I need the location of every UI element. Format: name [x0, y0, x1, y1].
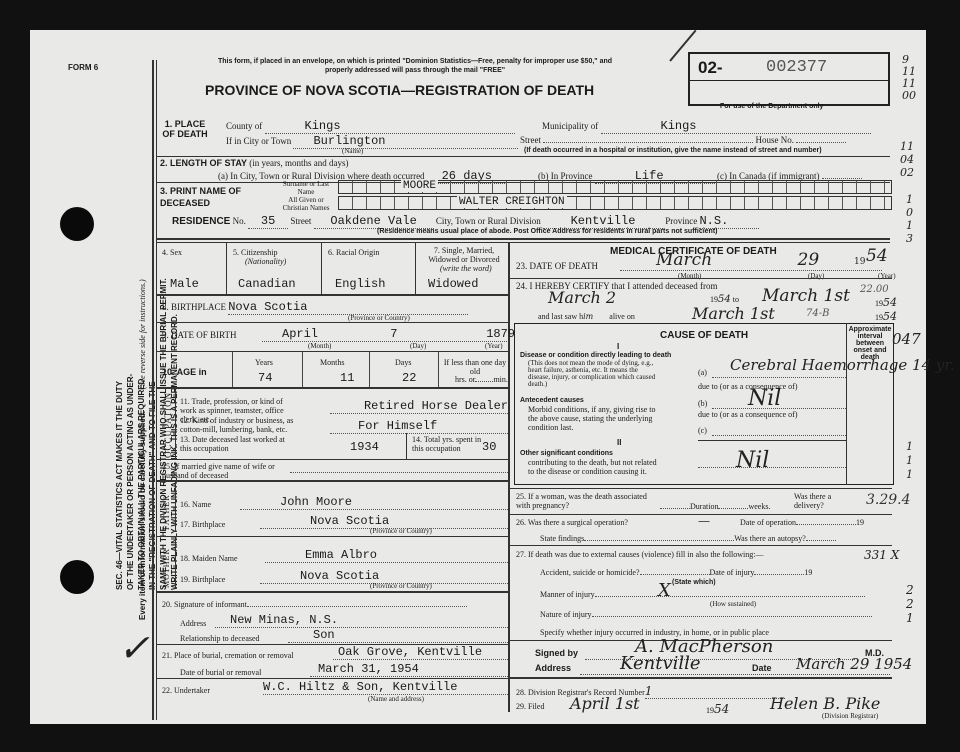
industry-label: 12. Kind of industry or business, as cot…: [180, 416, 295, 434]
divider: [157, 322, 509, 323]
county-field: County of Kings: [226, 119, 551, 134]
cause-a-value: Cerebral Haemorrhage 14 yr.: [730, 356, 955, 374]
racial-origin-label: 6. Racial Origin: [328, 248, 379, 257]
length-of-stay-label: 2. LENGTH OF STAY (in years, months and …: [160, 158, 349, 168]
margin-code: 047: [892, 330, 921, 348]
sex-label: 4. Sex: [162, 248, 182, 257]
mother-name-value: Emma Albro: [265, 548, 508, 563]
registration-prefix: 02-: [698, 58, 723, 78]
cause-of-death-heading: CAUSE OF DEATH: [660, 330, 748, 341]
record-number-field: 28. Division Registrar's Record Number1: [516, 684, 785, 699]
racial-origin-value: English: [335, 277, 385, 291]
nature-field: Nature of injury: [540, 610, 872, 619]
city-field: If in City or Town Burlington: [226, 134, 546, 149]
filed-date: April 1st: [570, 694, 640, 713]
divider: [157, 459, 509, 460]
time-note: 22.00: [860, 284, 889, 295]
death-day: 29: [798, 250, 820, 270]
mother-birthplace-label: 19. Birthplace: [180, 575, 225, 584]
mother-section-label: MOTHER: [162, 548, 171, 588]
hrs-min: hrs. ormin.: [455, 375, 508, 384]
due-to-label: due to (or as a consequence of): [698, 410, 798, 419]
day-sub: (Day): [410, 342, 426, 350]
form-number: FORM 6: [68, 63, 98, 72]
other-conditions-label: Other significant conditions: [520, 450, 613, 457]
part-two-label: II: [617, 438, 621, 447]
divider: [846, 323, 847, 485]
findings-field: State findingsWas there an autopsy?: [540, 534, 836, 543]
divider: [510, 278, 892, 279]
divider: [157, 678, 509, 679]
part-one-label: I: [617, 342, 619, 351]
delivery-label: Was there a delivery?: [794, 492, 854, 510]
birthplace-value: Nova Scotia: [228, 300, 468, 315]
attended-to: March 1st: [762, 286, 850, 306]
date-of-death-values: March 29 19 54: [620, 250, 882, 271]
father-birthplace-label: 17. Birthplace: [180, 520, 225, 529]
spouse-label: 15. If married give name of wife or husb…: [162, 462, 292, 480]
municipality-value: Kings: [601, 119, 871, 134]
undertaker-value: W.C. Hiltz & Son, Kentville: [263, 680, 508, 695]
county-value: Kings: [265, 119, 515, 134]
certify-label: 24. I HEREBY CERTIFY that I attended dec…: [516, 281, 718, 291]
physician-address: Kentville: [620, 653, 701, 674]
accident-field: Accident, suicide or homicide?Date of in…: [540, 568, 812, 577]
delivery-note: 3.29.4: [866, 492, 911, 508]
cause-c-value: [712, 434, 846, 436]
divider: [510, 545, 892, 546]
page-title: PROVINCE OF NOVA SCOTIA—REGISTRATION OF …: [205, 82, 594, 98]
attended-from: March 2: [548, 288, 616, 307]
antecedent-label: Antecedent causes: [520, 397, 584, 404]
days-label: Days: [395, 358, 411, 367]
less-than-day-label: If less than one day old: [442, 358, 508, 376]
industry-value: For Himself: [330, 419, 508, 434]
disease-label: Disease or condition directly leading to…: [520, 352, 671, 359]
citizenship-value: Canadian: [238, 277, 296, 291]
pregnancy-label: 25. If a woman, was the death associated…: [516, 492, 656, 510]
last-saw-value: March 1st: [692, 304, 775, 323]
birthplace-field: 8. BIRTHPLACE Nova Scotia: [162, 300, 468, 315]
father-section-label: FATHER: [162, 494, 171, 530]
registration-number-box: 02- 002377: [688, 52, 890, 106]
divider: [157, 294, 509, 296]
age-days: 22: [402, 371, 416, 385]
filed-year: 1954: [706, 702, 729, 716]
undertaker-sub: (Name and address): [368, 695, 424, 703]
birthplace-sub: (Province or Country): [348, 314, 410, 322]
informant-address-label: Address: [180, 619, 206, 628]
citizenship-label: 5. Citizenship: [233, 248, 277, 257]
operation-date-field: Date of operation19: [740, 518, 864, 527]
month-sub: (Month): [308, 342, 331, 350]
registration-number: 002377: [766, 58, 827, 77]
divider: [157, 480, 509, 482]
death-registration-form: ✓ SEC. 46—VITAL STATISTICS ACT MAKES IT …: [30, 30, 926, 724]
certificate-date: March 29 1954: [796, 655, 912, 673]
mother-birthplace-sub: (Province or Country): [370, 582, 432, 590]
divider: [157, 156, 890, 157]
other-conditions-value: Nil: [736, 448, 769, 473]
last-saw-label: and last saw him alive on: [538, 312, 635, 321]
divider: [157, 387, 509, 389]
surname-value: MOORE: [401, 180, 438, 192]
manner-value: X: [658, 580, 671, 601]
trade-value: Retired Horse Dealer: [330, 399, 508, 414]
spouse-value: [290, 471, 508, 473]
age-label: 10. AGE in: [162, 367, 207, 377]
months-label: Months: [320, 358, 344, 367]
undertaker-label: 22. Undertaker: [162, 686, 210, 695]
margin-codes: 9 11 11 00: [902, 54, 922, 102]
total-years-value: 30: [482, 440, 496, 454]
divider: [321, 242, 322, 294]
age-years: 74: [258, 371, 272, 385]
how-sustained-note: (How sustained): [710, 600, 756, 608]
age-months: 11: [340, 371, 354, 385]
external-causes-label: 27. If death was due to external causes …: [516, 550, 763, 559]
citizenship-sub: (Nationality): [245, 257, 286, 266]
surname-boxes: MOORE: [338, 180, 892, 194]
manner-field: Manner of injury: [540, 590, 865, 599]
margin-codes: 1 0 1 3: [906, 193, 926, 245]
burial-date-value: March 31, 1954: [310, 662, 508, 677]
death-year: 54: [866, 246, 888, 266]
given-name-label: All Given or Christian Names: [276, 196, 336, 212]
father-name-value: John Moore: [240, 495, 508, 510]
mother-name-label: 18. Maiden Name: [180, 554, 238, 563]
father-birthplace-sub: (Province or Country): [370, 527, 432, 535]
cause-c-label: (c): [698, 426, 707, 435]
total-years-label: 14. Total yrs. spent in this occupation: [412, 435, 482, 453]
burial-place-label: 21. Place of burial, cremation or remova…: [162, 651, 294, 660]
time-note: 74-B: [806, 308, 829, 319]
divider: [415, 242, 416, 294]
department-note: For use of the Department only: [720, 103, 823, 110]
divider: [175, 482, 176, 532]
physician-address-label: Address: [535, 663, 571, 673]
divider: [406, 433, 407, 459]
punch-hole: [60, 207, 94, 241]
registrar-signature: Helen B. Pike: [770, 694, 880, 713]
sex-value: Male: [170, 277, 199, 291]
margin-codes: 1 1 1: [906, 440, 913, 482]
marital-value: Widowed: [428, 277, 478, 291]
residence-province: N.S.: [699, 214, 759, 229]
residence-street: Oakdene Vale: [314, 214, 434, 229]
given-name-boxes: WALTER CREIGHTON: [338, 196, 892, 210]
dob-year: 1879: [486, 327, 515, 341]
divider: [157, 242, 890, 243]
mailing-notice: This form, if placed in an envelope, on …: [210, 57, 620, 75]
dob-field: 9. DATE OF BIRTH: [162, 330, 236, 340]
given-name-value: WALTER CREIGHTON: [457, 196, 567, 208]
signed-by-label: Signed by: [535, 648, 578, 658]
divider: [157, 536, 509, 537]
informant-signature-field: 20. Signature of informant: [162, 600, 467, 609]
antecedent-note: Morbid conditions, if any, giving rise t…: [528, 405, 656, 432]
last-worked-label: 13. Date deceased last worked at this oc…: [180, 435, 290, 453]
residence-field: RESIDENCE No. 35 Street Oakdene Vale Cit…: [172, 214, 892, 229]
city-sub: (Name): [342, 147, 363, 155]
date-of-death-label: 23. DATE OF DEATH: [516, 261, 598, 271]
certificate-date-label: Date: [752, 663, 772, 673]
place-of-death-label: 1. PLACE OF DEATH: [160, 119, 210, 139]
cause-a-label: (a): [698, 368, 707, 377]
side-footer: Every item of information should be care…: [138, 200, 147, 620]
city-value: Burlington: [293, 134, 518, 149]
divider: [157, 591, 509, 593]
relationship-value: Son: [288, 628, 508, 643]
duration-field: Durationweeks.: [660, 502, 770, 511]
last-saw-year: 1954: [875, 310, 897, 323]
margin-codes: 2 2 1: [906, 583, 914, 625]
divider: [175, 537, 176, 587]
residence-city: Kentville: [543, 214, 663, 229]
informant-address-value: New Minas, N.S.: [215, 613, 508, 628]
years-label: Years: [255, 358, 273, 367]
divider: [175, 389, 176, 459]
marital-label: 7. Single, Married, Widowed or Divorced: [420, 246, 508, 264]
state-which-note: (State which): [672, 579, 716, 586]
divider: [226, 242, 227, 294]
registrar-sub: (Division Registrar): [822, 712, 878, 720]
margin-code: 331 X: [864, 548, 899, 562]
divider: [510, 488, 892, 489]
column-divider: [508, 242, 510, 712]
form-border: [152, 60, 154, 720]
last-worked-value: 1934: [350, 440, 379, 454]
marital-sub: (write the word): [440, 264, 492, 273]
check-mark-icon: ✓: [118, 626, 150, 670]
divider: [157, 238, 890, 240]
burial-date-label: Date of burial or removal: [180, 668, 261, 677]
year-sub: (Year): [485, 342, 503, 350]
dob-month: April: [282, 327, 318, 341]
cause-b-label: (b): [698, 399, 707, 408]
dob-day: 7: [390, 327, 397, 341]
filed-label: 29. Filed: [516, 702, 544, 711]
surgical-value: —: [698, 514, 710, 528]
street-field: Street House No.: [520, 135, 890, 145]
divider: [510, 677, 892, 679]
divider: [698, 440, 846, 441]
burial-place-value: Oak Grove, Kentville: [333, 645, 508, 660]
municipality-field: Municipality of Kings: [542, 119, 892, 134]
relationship-label: Relationship to deceased: [180, 634, 260, 643]
print-name-label: 3. PRINT NAME OF DECEASED: [160, 185, 248, 209]
residence-note: (Residence means usual place of abode. P…: [377, 228, 718, 235]
margin-codes: 11 04 02: [900, 140, 922, 179]
record-number: 1: [645, 684, 785, 699]
dob-values: April 7 1879: [262, 327, 507, 342]
hospital-note: (If death occurred in a hospital or inst…: [524, 147, 822, 154]
other-conditions-note: contributing to the death, but not relat…: [528, 458, 658, 476]
cause-b-value: Nil: [748, 386, 781, 411]
surgical-label: 26. Was there a surgical operation?: [516, 518, 628, 527]
to-year: 1954: [875, 296, 897, 309]
residence-number: 35: [248, 214, 288, 229]
punch-hole: [60, 560, 94, 594]
father-name-label: 16. Name: [180, 500, 211, 509]
surname-label: Surname or Last Name: [276, 180, 336, 196]
divider: [157, 351, 509, 352]
occupation-section-label: OCCUPATION: [163, 392, 173, 458]
death-month: March: [656, 250, 712, 270]
form-border: [156, 60, 157, 720]
disease-note: (This does not mean the mode of dying, e…: [528, 360, 656, 388]
